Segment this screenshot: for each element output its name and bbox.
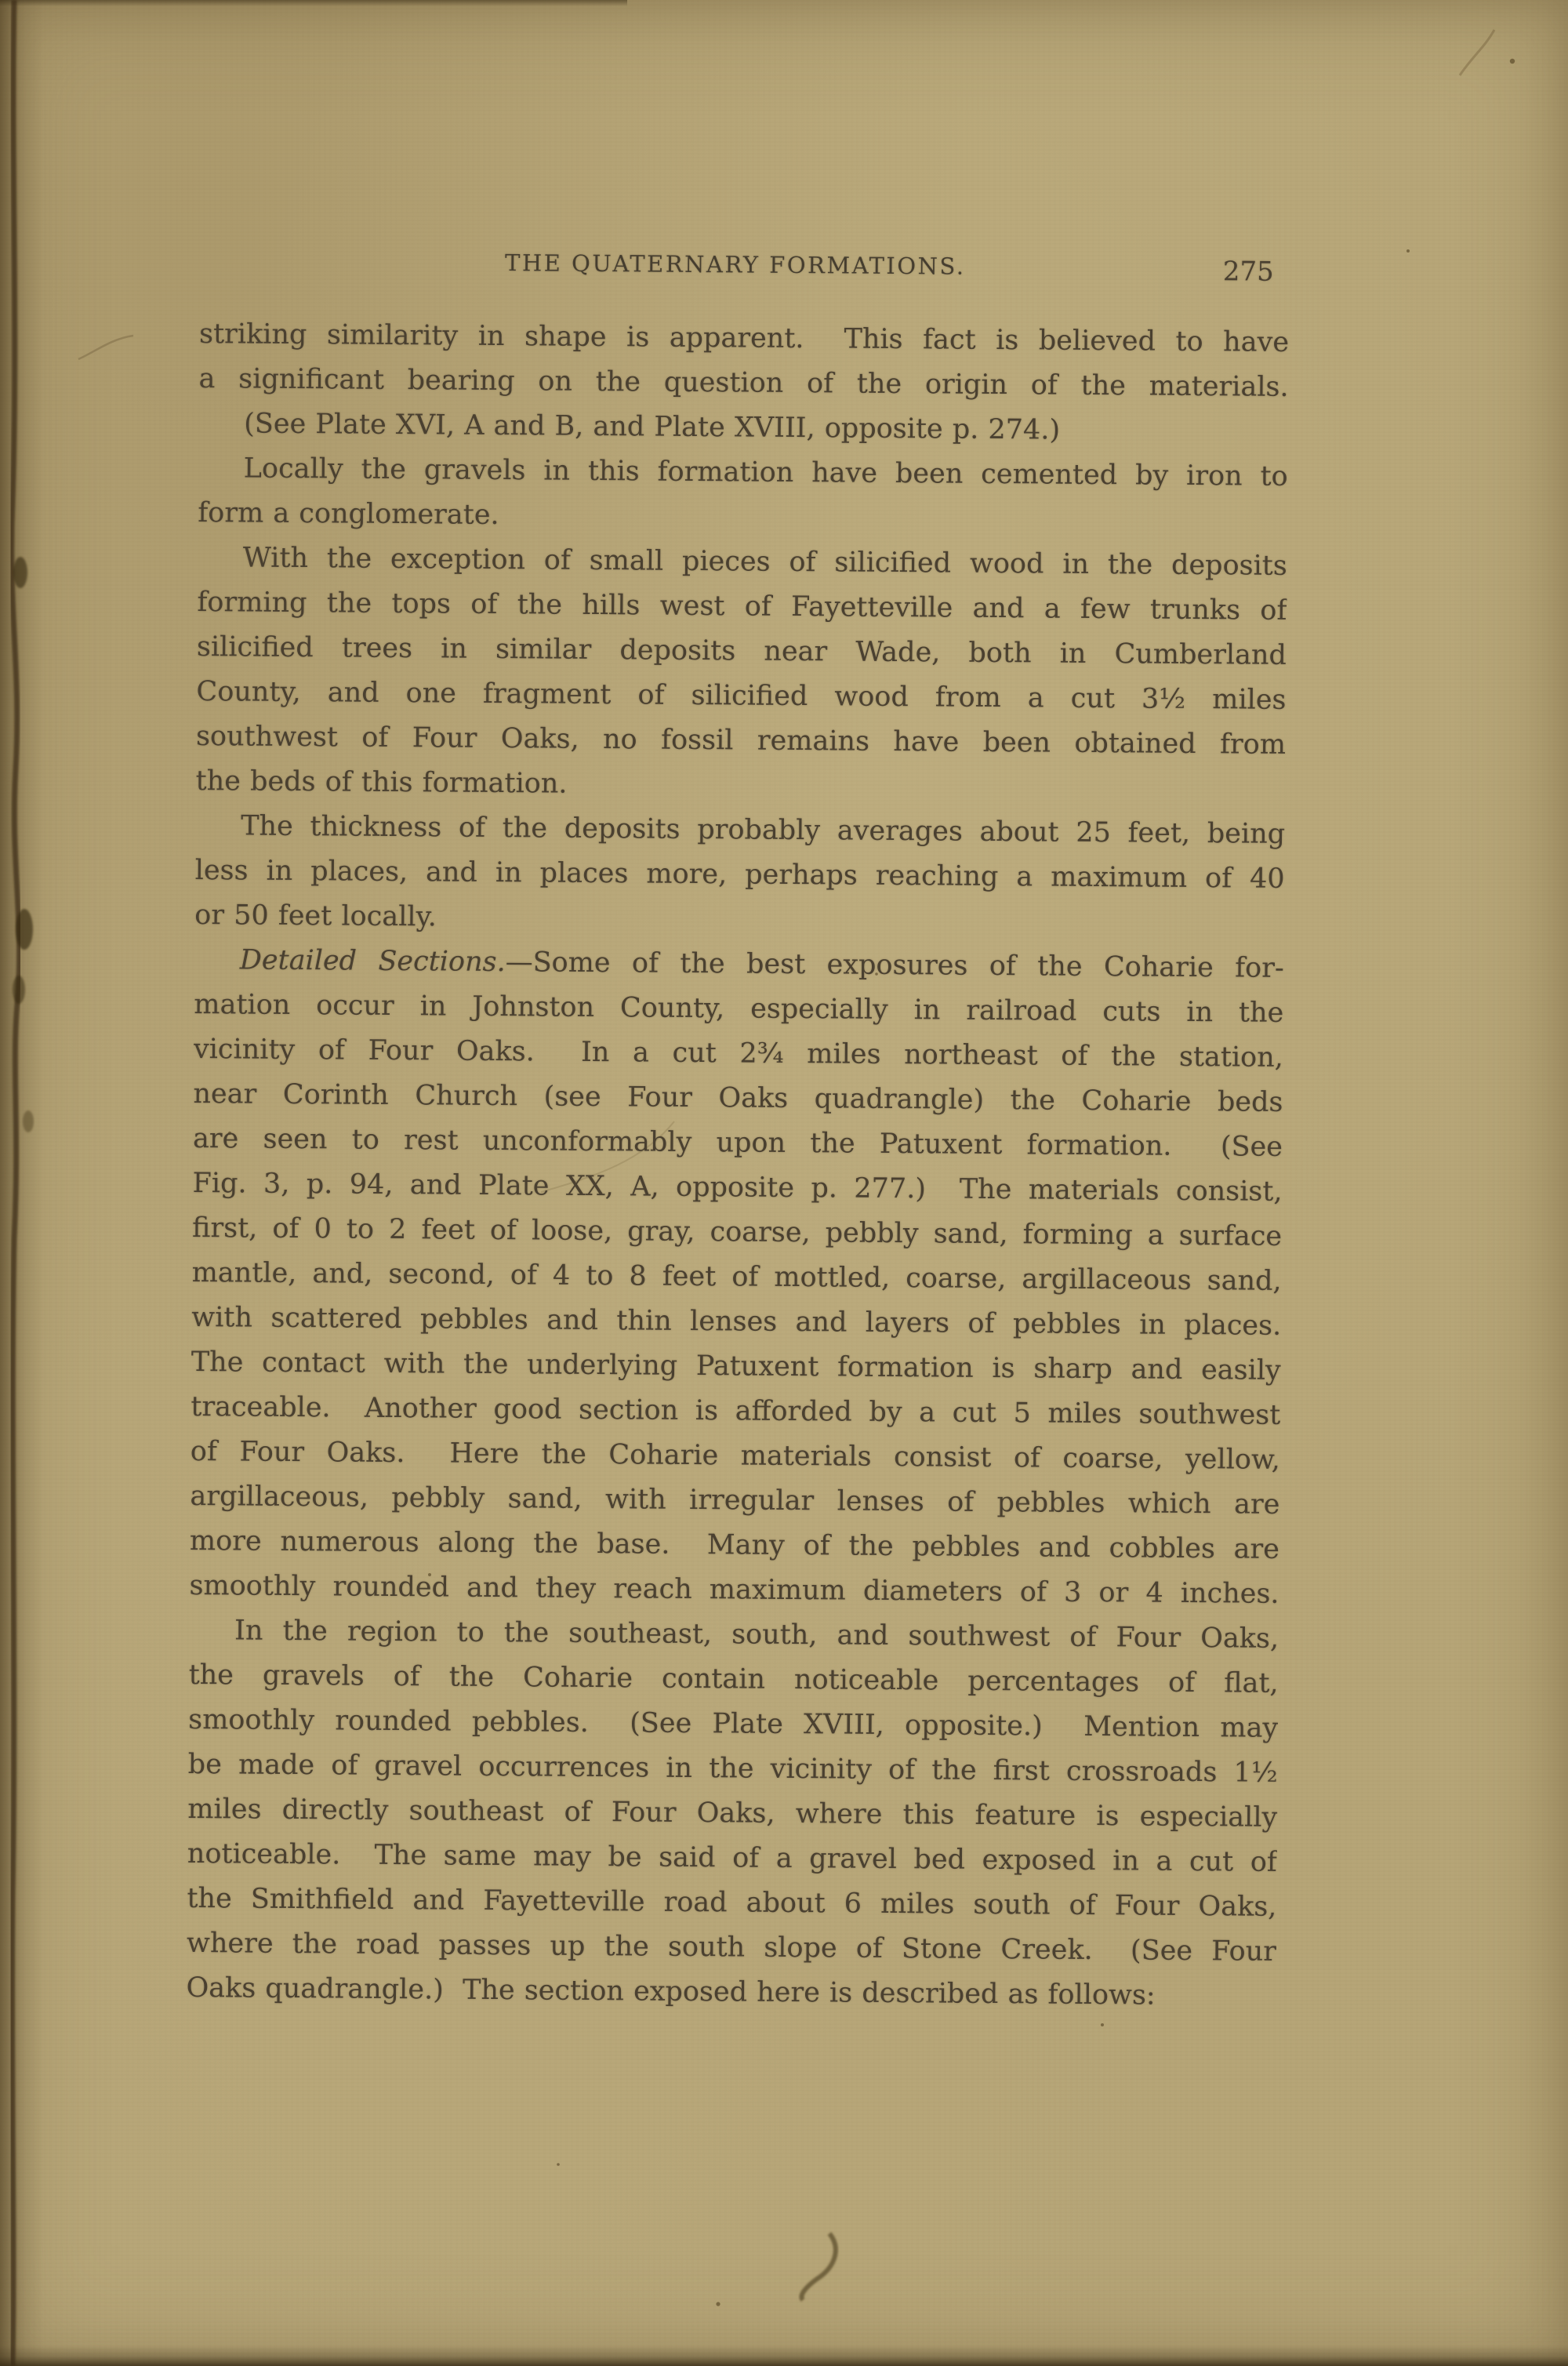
book-page: THE QUATERNARY FORMATIONS. 275 striking … <box>0 0 1568 2366</box>
text-segment: with scattered pebbles and thin lenses a… <box>191 1302 1281 1342</box>
text-line: Oaks quadrangle.) The section exposed he… <box>186 1966 1276 2019</box>
text-segment: miles directly southeast of Four Oaks, w… <box>187 1794 1277 1834</box>
text-segment: smoothly rounded and they reach maximum … <box>189 1570 1279 1610</box>
text-segment: traceable. Another good section is affor… <box>191 1391 1280 1431</box>
text-segment: The thickness of the deposits probably a… <box>241 810 1285 849</box>
text-segment: of Four Oaks. Here the Coharie materials… <box>191 1436 1280 1476</box>
text-segment: (See Plate XVI, A and B, and Plate XVIII… <box>244 408 1060 445</box>
body-text: striking similarity in shape is apparent… <box>186 312 1289 2019</box>
text-segment: County, and one fragment of silicified w… <box>196 676 1286 716</box>
text-segment: where the road passes up the south slope… <box>187 1928 1276 1968</box>
text-segment: the gravels of the Coharie contain notic… <box>189 1659 1279 1699</box>
text-segment: forming the tops of the hills west of Fa… <box>197 587 1287 627</box>
text-segment: or 50 feet locally. <box>194 900 437 932</box>
text-segment: noticeable. The same may be said of a gr… <box>187 1838 1277 1878</box>
text-segment: striking similarity in shape is apparent… <box>199 318 1289 358</box>
text-segment: be made of gravel occurrences in the vic… <box>188 1749 1278 1789</box>
page-content: THE QUATERNARY FORMATIONS. 275 striking … <box>186 243 1290 2019</box>
text-segment: —Some of the best exposures of the Cohar… <box>505 947 1283 984</box>
text-segment: vicinity of Four Oaks. In a cut 2¾ miles… <box>194 1034 1283 1074</box>
text-segment: Oaks quadrangle.) The section exposed he… <box>186 1972 1155 2012</box>
text-segment: more numerous along the base. Many of th… <box>190 1525 1279 1565</box>
corner-crease <box>1460 30 1494 75</box>
ink-mark <box>802 2233 836 2300</box>
text-segment: first, of 0 to 2 feet of loose, gray, co… <box>192 1212 1282 1252</box>
paper-crack <box>78 336 133 359</box>
text-segment: the Smithfield and Fayetteville road abo… <box>187 1883 1276 1923</box>
text-segment: are seen to rest unconformably upon the … <box>193 1123 1283 1163</box>
italic-text-segment: Detailed Sections. <box>240 944 506 978</box>
text-segment: a significant bearing on the question of… <box>198 363 1288 403</box>
text-segment: Locally the gravels in this formation ha… <box>244 452 1288 492</box>
page-number: 275 <box>1223 254 1274 289</box>
text-segment: argillaceous, pebbly sand, with irregula… <box>190 1481 1279 1521</box>
text-segment: With the exception of small pieces of si… <box>243 542 1287 581</box>
text-segment: less in places, and in places more, perh… <box>195 855 1285 895</box>
text-segment: near Corinth Church (see Four Oaks quadr… <box>193 1078 1283 1118</box>
text-segment: silicified trees in similar deposits nea… <box>197 631 1287 671</box>
text-segment: mantle, and, second, of 4 to 8 feet of m… <box>192 1257 1282 1297</box>
text-segment: southwest of Four Oaks, no fossil remain… <box>196 721 1286 761</box>
text-segment: The contact with the underlying Patuxent… <box>191 1347 1281 1387</box>
text-segment: mation occur in Johnston County, especia… <box>194 989 1283 1029</box>
text-segment: smoothly rounded pebbles. (See Plate XVI… <box>188 1704 1278 1744</box>
text-segment: form a conglomerate. <box>198 497 499 531</box>
binding-crease <box>12 0 20 2366</box>
text-segment: In the region to the southeast, south, a… <box>234 1615 1279 1654</box>
text-segment: Fig. 3, p. 94, and Plate XX, A, opposite… <box>192 1168 1282 1208</box>
text-segment: the beds of this formation. <box>195 765 567 800</box>
